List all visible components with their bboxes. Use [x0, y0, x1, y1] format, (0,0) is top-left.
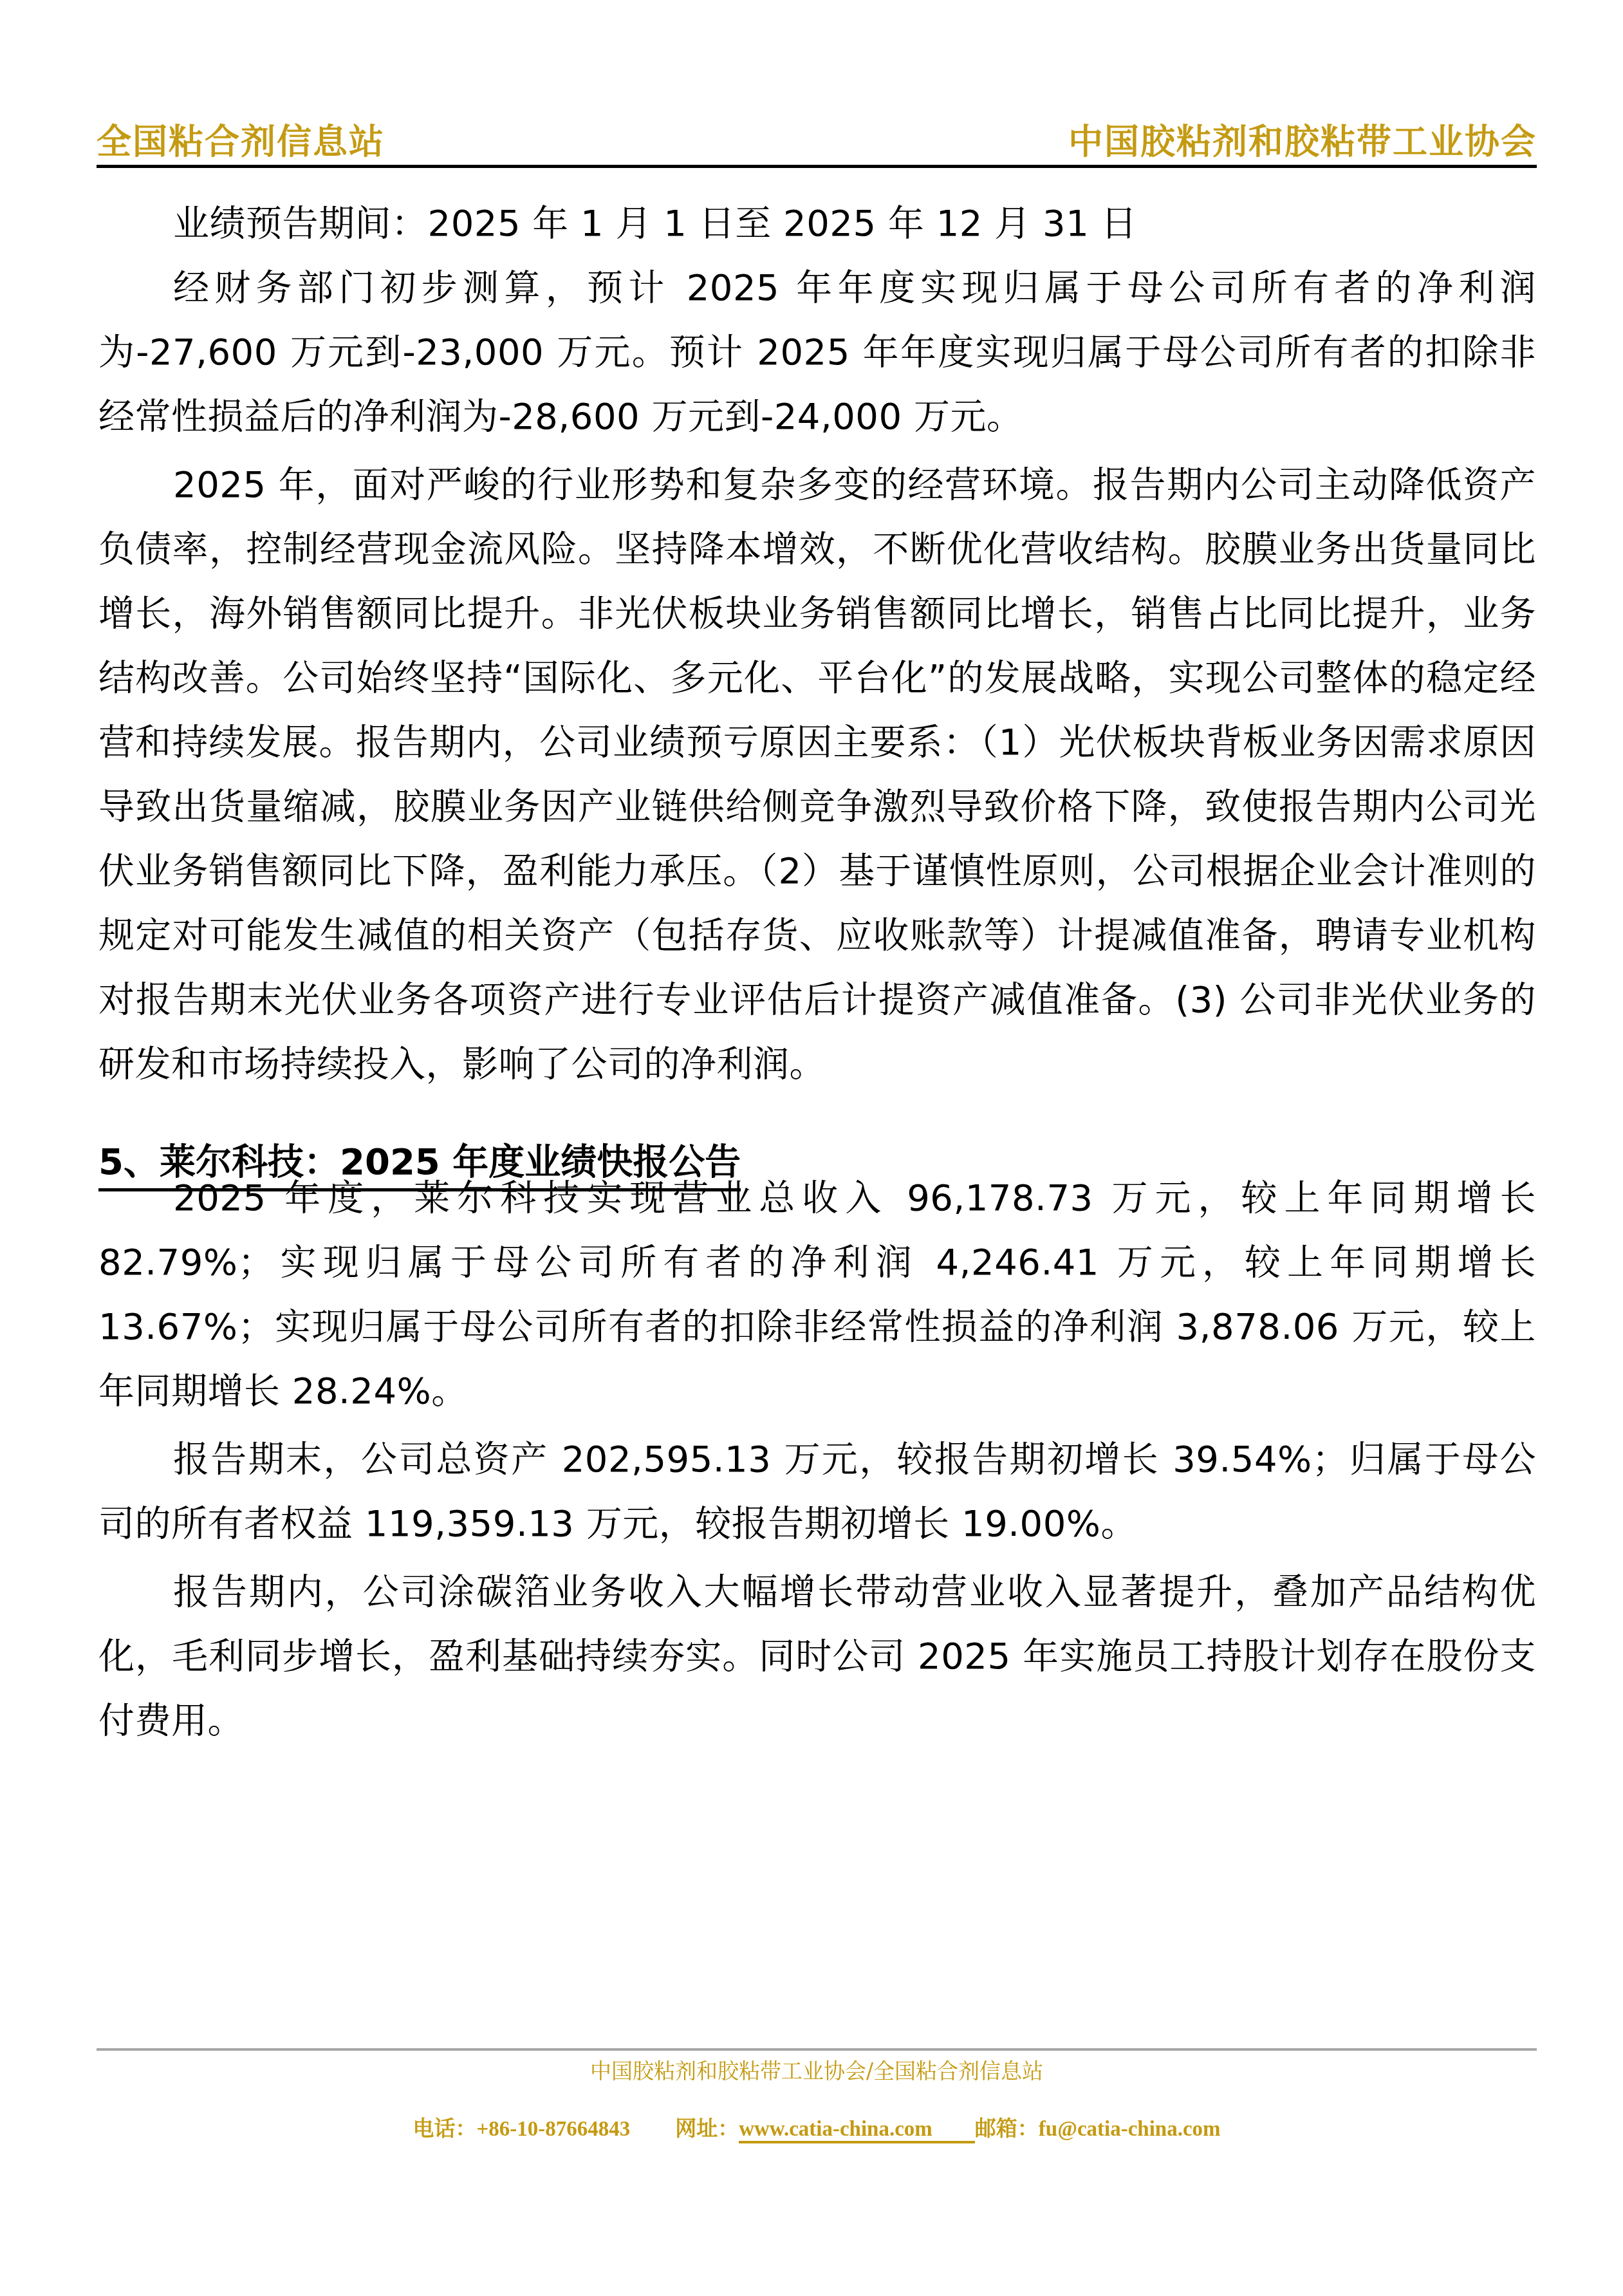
section-heading: 5、莱尔科技：2025 年度业绩快报公告 [98, 1130, 741, 1195]
email-label: 邮箱： [975, 2118, 1039, 2141]
section-heading-container: 5、莱尔科技：2025 年度业绩快报公告 [98, 1101, 1536, 1166]
revenue-paragraph: 2025 年度，莱尔科技实现营业总收入 96,178.73 万元，较上年同期增长… [98, 1166, 1536, 1424]
website-link[interactable]: www.catia-china.com [739, 2118, 975, 2143]
header-site-name: 全国粘合剂信息站 [97, 121, 385, 162]
loss-reasons-paragraph: 2025 年，面对严峻的行业形势和复杂多变的经营环境。报告期内公司主动降低资产负… [98, 453, 1536, 1097]
business-summary-paragraph: 报告期内，公司涂碳箔业务收入大幅增长带动营业收入显著提升，叠加产品结构优化，毛利… [98, 1560, 1536, 1753]
document-body: 业绩预告期间：2025 年 1 月 1 日至 2025 年 12 月 31 日 … [98, 192, 1536, 1757]
assets-paragraph: 报告期末，公司总资产 202,595.13 万元，较报告期初增长 39.54%；… [98, 1428, 1536, 1556]
net-profit-forecast-paragraph: 经财务部门初步测算，预计 2025 年年度实现归属于母公司所有者的净利润为-27… [98, 256, 1536, 449]
phone-label: 电话： [413, 2118, 476, 2141]
phone-number: +86-10-87664843 [476, 2118, 630, 2141]
page-footer: 中国胶粘剂和胶粘带工业协会/全国粘合剂信息站 电话：+86-10-8766484… [97, 2048, 1537, 2143]
footer-org-line: 中国胶粘剂和胶粘带工业协会/全国粘合剂信息站 [97, 2057, 1537, 2086]
website-label: 网址： [675, 2118, 739, 2141]
forecast-period-paragraph: 业绩预告期间：2025 年 1 月 1 日至 2025 年 12 月 31 日 [98, 192, 1536, 256]
header-association-name: 中国胶粘剂和胶粘带工业协会 [1068, 121, 1537, 162]
footer-divider [97, 2048, 1537, 2051]
page-header: 全国粘合剂信息站 中国胶粘剂和胶粘带工业协会 [97, 116, 1537, 167]
section-heading-text: 5、莱尔科技：2025 年度业绩快报公告 [98, 1137, 741, 1191]
email-address: fu@catia-china.com [1039, 2118, 1221, 2141]
header-divider [97, 165, 1537, 168]
footer-contact-line: 电话：+86-10-87664843网址：www.catia-china.com… [97, 2115, 1537, 2143]
